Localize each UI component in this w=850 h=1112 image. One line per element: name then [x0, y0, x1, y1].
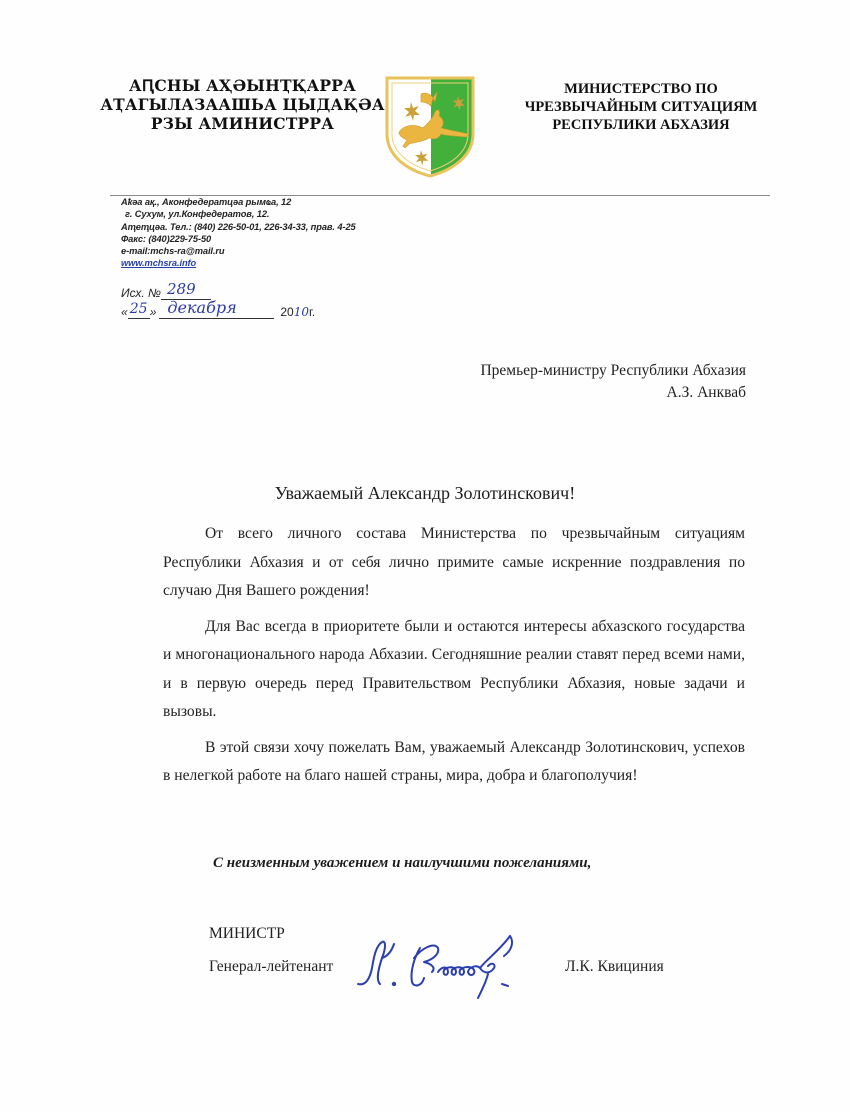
addressee-position: Премьер-министру Республики Абхазия	[480, 360, 746, 382]
header-russian-line-2: ЧРЕЗВЫЧАЙНЫМ СИТУАЦИЯМ	[500, 98, 782, 116]
signatory-rank: Генерал-лейтенант	[209, 958, 333, 976]
paragraph-2: Для Вас всегда в приоритете были и остаю…	[163, 613, 745, 727]
handwritten-signature-icon	[352, 928, 562, 1000]
header-abkhaz-line-1: АԤСНЫ АҲӘЫНҬҚАРРА	[100, 76, 385, 95]
coat-of-arms-icon	[381, 72, 479, 180]
outgoing-date: «25»декабря2010г.	[121, 303, 315, 319]
header-abkhaz-line-3: РЗЫ АМИНИСТРРА	[100, 114, 385, 133]
header-russian-line-3: РЕСПУБЛИКИ АБХАЗИЯ	[500, 116, 782, 134]
header-russian-line-1: МИНИСТЕРСТВО ПО	[500, 80, 782, 98]
header-ministry-name-abkhaz: АԤСНЫ АҲӘЫНҬҚАРРА АҬАГЫЛАЗААШЬА ЦЫДАҚӘА …	[100, 76, 385, 133]
paragraph-1: От всего личного состава Министерства по…	[163, 520, 745, 606]
paragraph-3: В этой связи хочу пожелать Вам, уважаемы…	[163, 734, 745, 791]
contact-email[interactable]: e-mail:mchs-ra@mail.ru	[121, 245, 356, 257]
contact-phones: Аҭеҭцәа. Тел.: (840) 226-50-01, 226-34-3…	[121, 221, 356, 233]
date-close-quote: »	[150, 305, 157, 319]
contact-address-russian: г. Сухум, ул.Конфедератов, 12.	[121, 208, 356, 220]
date-day-field: 25	[128, 303, 150, 319]
outgoing-number-label: Исх. №	[121, 286, 161, 300]
date-year: 2010г.	[280, 305, 315, 319]
contact-fax: Факс: (840)229-75-50	[121, 233, 356, 245]
salutation: Уважаемый Александр Золотинскович!	[0, 483, 850, 504]
closing-phrase: С неизменным уважением и наилучшими поже…	[213, 855, 591, 872]
contact-address-abkhaz: Аҟәа ақ., Аконфедератцәа рымҩа, 12	[121, 196, 356, 208]
header-ministry-name-russian: МИНИСТЕРСТВО ПО ЧРЕЗВЫЧАЙНЫМ СИТУАЦИЯМ Р…	[500, 80, 782, 134]
header-abkhaz-line-2: АҬАГЫЛАЗААШЬА ЦЫДАҚӘА	[100, 95, 385, 114]
outgoing-number-handwritten: 289	[167, 280, 196, 298]
date-year-prefix: 20	[280, 305, 293, 319]
letter-page: АԤСНЫ АҲӘЫНҬҚАРРА АҬАГЫЛАЗААШЬА ЦЫДАҚӘА …	[0, 0, 850, 1112]
date-year-unit: г.	[309, 305, 315, 319]
date-year-handwritten: 10	[294, 305, 309, 319]
addressee-name: А.З. Анкваб	[480, 382, 746, 404]
addressee: Премьер-министру Республики Абхазия А.З.…	[480, 360, 746, 404]
signatory-name: Л.К. Квициния	[565, 958, 664, 976]
date-month-field: декабря	[159, 303, 274, 319]
letter-body: От всего личного состава Министерства по…	[163, 520, 745, 798]
signatory-title: МИНИСТР	[209, 925, 285, 943]
contact-info: Аҟәа ақ., Аконфедератцәа рымҩа, 12 г. Су…	[121, 196, 356, 270]
date-open-quote: «	[121, 305, 128, 319]
date-day-handwritten: 25	[130, 301, 148, 317]
contact-website-link[interactable]: www.mchsra.info	[121, 257, 356, 269]
date-month-handwritten: декабря	[167, 298, 236, 317]
